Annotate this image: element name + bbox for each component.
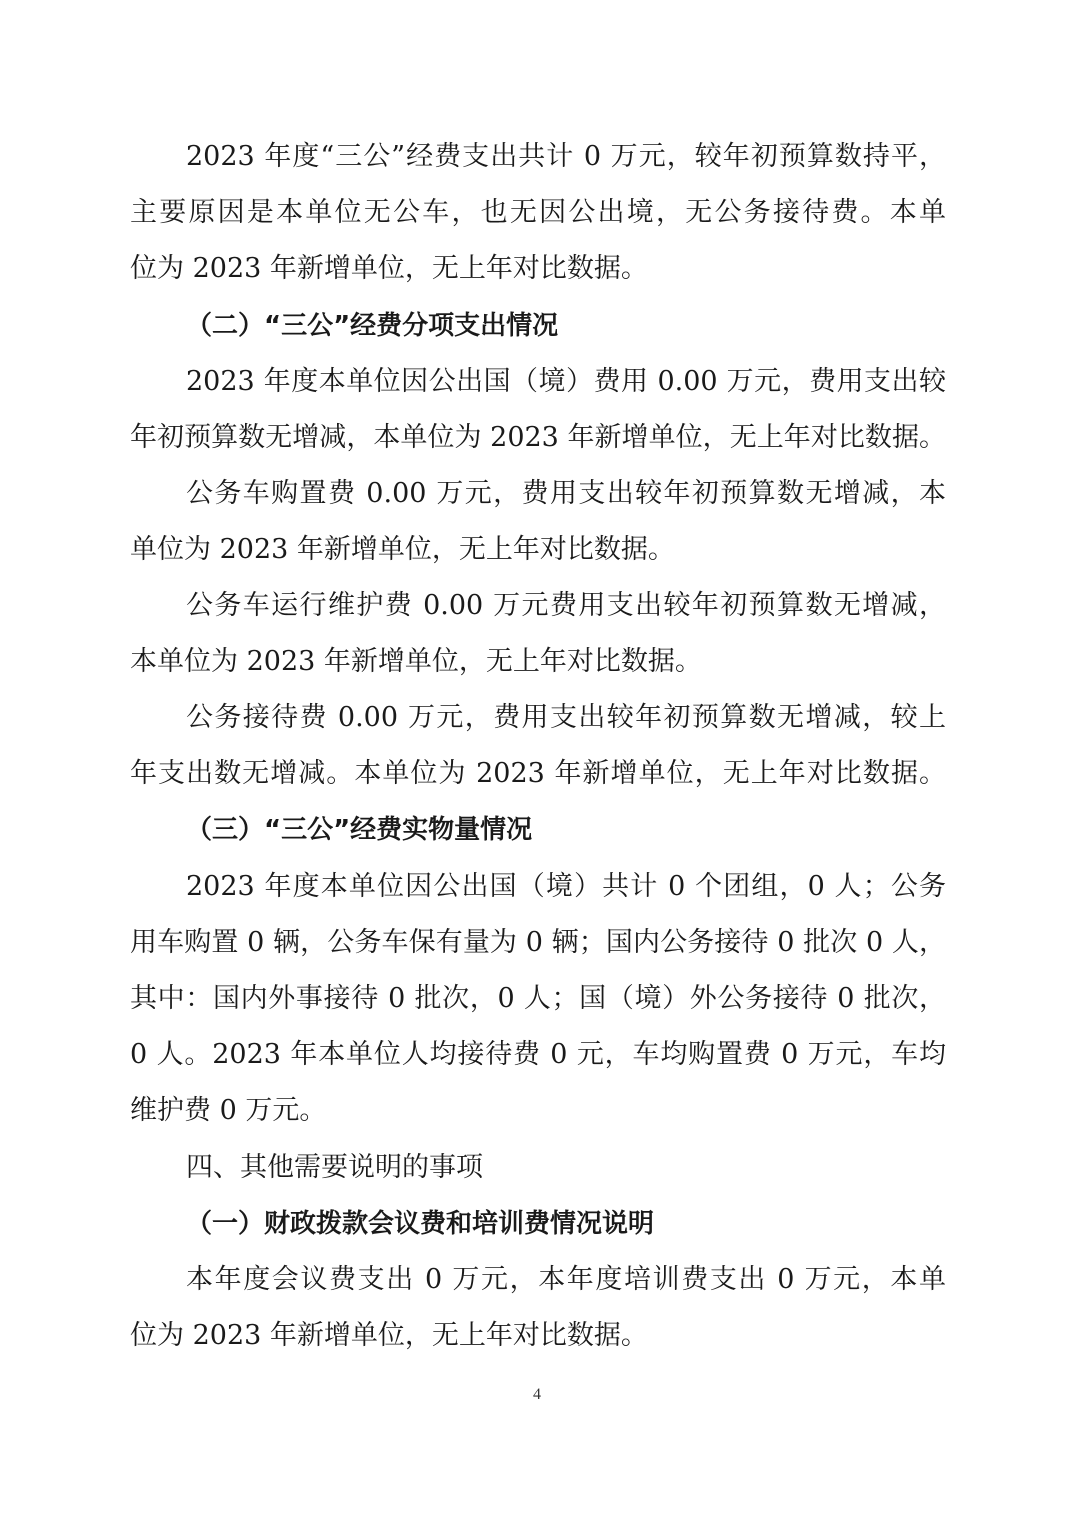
section-heading: 四、其他需要说明的事项 <box>186 1148 946 1188</box>
paragraph-line: 2023 年度本单位因公出国（境）共计 0 个团组，0 人；公务 <box>186 867 946 907</box>
subsection-heading: （二）“三公”经费分项支出情况 <box>186 306 946 346</box>
paragraph-line: 本年度会议费支出 0 万元，本年度培训费支出 0 万元，本单 <box>186 1260 946 1300</box>
paragraph-line: 本单位为 2023 年新增单位，无上年对比数据。 <box>130 642 946 682</box>
paragraph-line: 2023 年度本单位因公出国（境）费用 0.00 万元，费用支出较 <box>186 362 946 402</box>
paragraph-line: 单位为 2023 年新增单位，无上年对比数据。 <box>130 530 946 570</box>
page-number: 4 <box>0 1386 1074 1404</box>
paragraph-line: 年支出数无增减。本单位为 2023 年新增单位，无上年对比数据。 <box>130 754 946 794</box>
paragraph-line: 0 人。2023 年本单位人均接待费 0 元，车均购置费 0 万元，车均 <box>130 1035 946 1075</box>
paragraph-line: 用车购置 0 辆，公务车保有量为 0 辆；国内公务接待 0 批次 0 人， <box>130 923 946 963</box>
subsection-heading: （三）“三公”经费实物量情况 <box>186 810 946 850</box>
paragraph-line: 2023 年度“三公”经费支出共计 0 万元，较年初预算数持平， <box>186 137 946 177</box>
paragraph-line: 公务接待费 0.00 万元，费用支出较年初预算数无增减，较上 <box>186 698 946 738</box>
paragraph-line: 公务车运行维护费 0.00 万元费用支出较年初预算数无增减， <box>186 586 946 626</box>
paragraph-line: 维护费 0 万元。 <box>130 1091 946 1131</box>
paragraph-line: 公务车购置费 0.00 万元，费用支出较年初预算数无增减，本 <box>186 474 946 514</box>
paragraph-line: 位为 2023 年新增单位，无上年对比数据。 <box>130 249 946 289</box>
paragraph-line: 年初预算数无增减，本单位为 2023 年新增单位，无上年对比数据。 <box>130 418 946 458</box>
paragraph-line: 主要原因是本单位无公车，也无因公出境，无公务接待费。本单 <box>130 193 946 233</box>
paragraph-line: 其中：国内外事接待 0 批次，0 人；国（境）外公务接待 0 批次， <box>130 979 946 1019</box>
paragraph-line: 位为 2023 年新增单位，无上年对比数据。 <box>130 1316 946 1356</box>
document-page: 2023 年度“三公”经费支出共计 0 万元，较年初预算数持平， 主要原因是本单… <box>0 0 1074 1520</box>
subsection-heading: （一）财政拨款会议费和培训费情况说明 <box>186 1204 946 1244</box>
